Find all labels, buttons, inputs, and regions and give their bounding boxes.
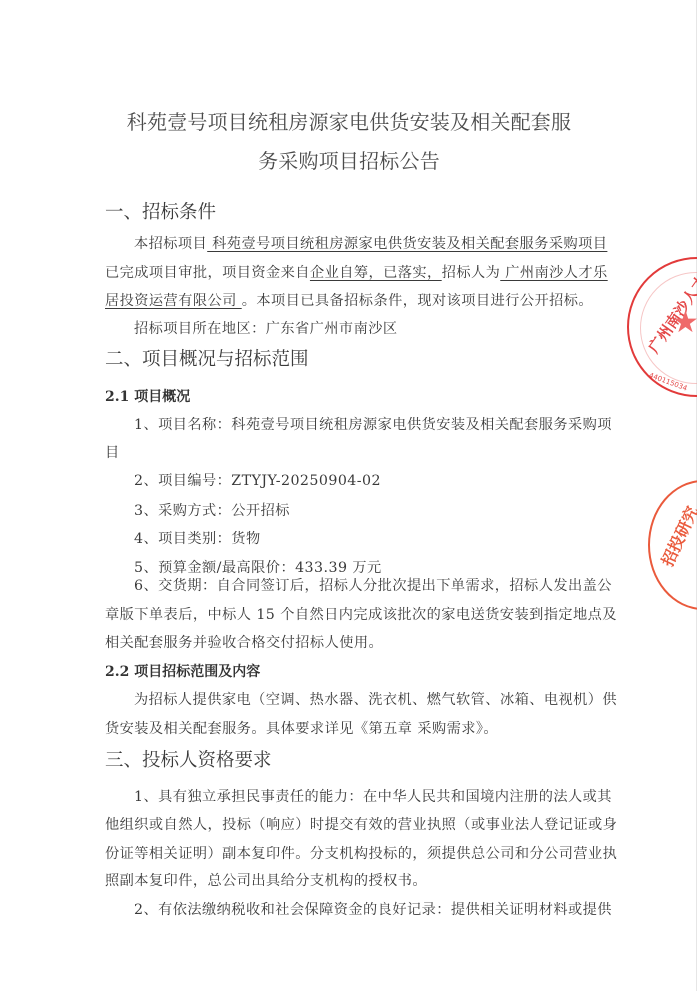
- fund-source-underlined: 企业自筹，已落实，: [310, 265, 442, 281]
- text: 。本项目已具备招标条件，现对该项目进行公开招标。: [242, 293, 593, 309]
- document-title-line-2: 务采购项目招标公告: [105, 145, 593, 174]
- item-delivery-period-cont: 相关配套服务并验收合格交付招标人使用。: [105, 632, 593, 652]
- text: 招标人为: [442, 265, 501, 281]
- stamp1-text: 广州南沙人才乐: [643, 259, 697, 357]
- stamp2-text: 招投研究: [655, 502, 697, 570]
- page-edge: [696, 0, 697, 991]
- requirement-1: 1、具有独立承担民事责任的能力：在中华人民共和国境内注册的法人或其: [105, 786, 593, 806]
- document-title-line-1: 科苑壹号项目统租房源家电供货安装及相关配套服: [105, 106, 593, 135]
- subheading-scope-content: 2.2 项目招标范围及内容: [105, 661, 260, 681]
- requirement-1-cont: 份证等相关证明）副本复印件。分支机构投标的，须提供总公司和分公司营业执: [105, 843, 593, 863]
- section-heading-overview-scope: 二、项目概况与招标范围: [105, 345, 309, 371]
- company-seal-stamp: [627, 257, 697, 397]
- star-icon: ★: [672, 305, 697, 340]
- text: 本招标项目: [134, 236, 207, 252]
- tenderer-underlined: 广州南沙人才乐: [500, 265, 607, 281]
- requirement-2: 2、有依法缴纳税收和社会保障资金的良好记录：提供相关证明材料或提供: [105, 899, 593, 919]
- item-project-name: 1、项目名称：科苑壹号项目统租房源家电供货安装及相关配套服务采购项: [105, 414, 593, 434]
- paragraph-line: 居投资运营有限公司 。本项目已具备招标条件，现对该项目进行公开招标。: [105, 290, 593, 310]
- project-name-underlined: 科苑壹号项目统租房源家电供货安装及相关配套服务采购项目: [207, 236, 607, 252]
- scope-text-cont: 货安装及相关配套服务。具体要求详见《第五章 采购需求》。: [105, 718, 593, 738]
- item-budget: 5、预算金额/最高限价：433.39 万元: [105, 557, 593, 577]
- stamp1-code: 440115034: [648, 371, 688, 392]
- company-seal-inner-ring: [640, 272, 697, 384]
- requirement-1-cont: 照副本复印件，总公司出具给分支机构的授权书。: [105, 870, 593, 890]
- item-project-name-cont: 目: [105, 442, 593, 462]
- requirement-1-cont: 他组织或自然人，投标（响应）时提交有效的营业执照（或事业法人登记证或身: [105, 814, 593, 834]
- tenderer-underlined: 居投资运营有限公司: [105, 293, 242, 309]
- text: 已完成项目审批，项目资金来自: [105, 265, 310, 281]
- item-project-number: 2、项目编号：ZTYJY-20250904-02: [105, 470, 593, 490]
- item-procurement-method: 3、采购方式：公开招标: [105, 500, 593, 520]
- item-project-category: 4、项目类别：货物: [105, 528, 593, 548]
- section-heading-bidding-conditions: 一、招标条件: [105, 198, 216, 224]
- subheading-project-overview: 2.1 项目概况: [105, 386, 190, 406]
- section-heading-bidder-qualifications: 三、投标人资格要求: [105, 746, 272, 772]
- item-delivery-period: 6、交货期：自合同签订后，招标人分批次提出下单需求，招标人发出盖公: [105, 575, 593, 595]
- tender-agency-stamp: [648, 480, 697, 610]
- paragraph-line: 本招标项目 科苑壹号项目统租房源家电供货安装及相关配套服务采购项目: [105, 233, 593, 253]
- item-delivery-period-cont: 章版下单表后，中标人 15 个自然日内完成该批次的家电送货安装到指定地点及: [105, 604, 593, 624]
- scope-text: 为招标人提供家电（空调、热水器、洗衣机、燃气软管、冰箱、电视机）供: [105, 689, 593, 709]
- paragraph-line: 已完成项目审批，项目资金来自企业自筹，已落实，招标人为 广州南沙人才乐: [105, 262, 593, 282]
- project-location: 招标项目所在地区：广东省广州市南沙区: [105, 318, 593, 338]
